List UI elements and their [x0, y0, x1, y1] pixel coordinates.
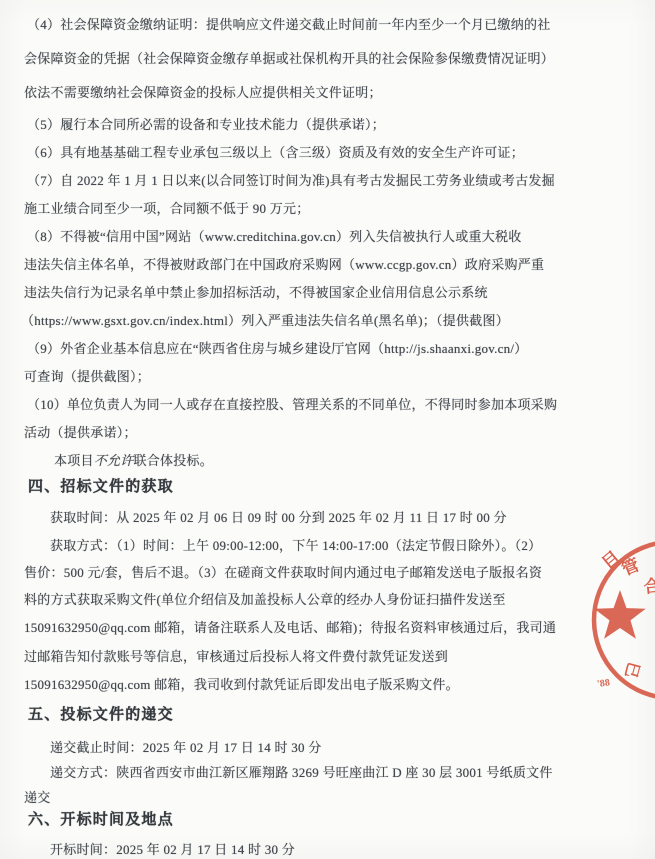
seal-arc-char-3-partial: 合: [643, 575, 655, 597]
seal-arc-char-2: 管: [619, 554, 642, 579]
doc-line-cont: 违法失信行为记录名单中禁止参加招标活动，不得被国家企业信用信息公示系统: [24, 284, 488, 301]
bid-opening-time-line: 开标时间：2025 年 02 月 17 日 14 时 30 分: [50, 841, 295, 858]
email-line-1: 15091632950@qq.com 邮箱，请备注联系人及电话、邮箱)；待报名资…: [24, 619, 556, 636]
star-icon: [594, 590, 645, 639]
clause-7-performance: （7）自 2022 年 1 月 1 日以来(以合同签订时间为准)具有考古发掘民工…: [27, 172, 555, 189]
seal-bottom-char-fragment: 巳: [621, 660, 643, 680]
doc-line-cont: 料的方式获取采购文件(单位介绍信及加盖投标人公章的经办人身份证扫描件发送至: [24, 591, 506, 608]
seal-circle: [594, 542, 655, 698]
section-4-heading: 四、招标文件的获取: [28, 479, 174, 496]
seal-arc-char-1: 目: [598, 547, 623, 572]
obtain-time-line: 获取时间：从 2025 年 02 月 06 日 09 时 00 分到 2025 …: [50, 509, 507, 526]
red-seal-stamp: 目 管 合 巳 '88: [560, 525, 655, 715]
email-line-2: 15091632950@qq.com 邮箱，我司收到付款凭证后即发出电子版采购文…: [24, 676, 459, 693]
doc-line-cont: 过邮箱告知付款账号等信息，审核通过后投标人将文件费付款凭证发送到: [24, 648, 448, 665]
obtain-method-line: 获取方式：（1）时间：上午 09:00-12:00，下午 14:00-17:00…: [50, 537, 541, 554]
doc-line-cont: 活动（提供承诺）；: [24, 424, 137, 441]
seal-serial-fragment: '88: [596, 677, 610, 690]
gsxt-url-line: （https://www.gsxt.gov.cn/index.html）列入严重…: [21, 312, 509, 329]
submission-method-line: 递交方式：陕西省西安市曲江新区雁翔路 3269 号旺座曲江 D 座 30 层 3…: [50, 764, 553, 781]
clause-4-social-security: （4）社会保障资金缴纳证明：提供响应文件递交截止时间前一年内至少一个月已缴纳的社: [27, 16, 551, 33]
not-allowed-italic: 不允许: [94, 453, 134, 468]
no-consortium-note: 本项目不允许联合体投标。: [54, 452, 213, 469]
section-6-heading: 六、开标时间及地点: [28, 812, 174, 829]
doc-line-cont: 违法失信主体名单，不得被财政部门在中国政府采购网（www.ccgp.gov.cn…: [24, 256, 544, 273]
clause-6-qualification: （6）具有地基基础工程专业承包三级以上（含三级）资质及有效的安全生产许可证；: [27, 144, 524, 161]
section-5-heading: 五、投标文件的递交: [28, 707, 174, 724]
price-line: 售价：500 元/套，售后不退。（3）在磋商文件获取时间内通过电子邮箱发送电子版…: [24, 564, 542, 581]
doc-line-cont: 会保障资金的凭据（社会保障资金缴存单据或社保机构开具的社会保险参保缴费情况证明）: [24, 50, 554, 67]
clause-8-credit-china: （8）不得被“信用中国”网站（www.creditchina.gov.cn）列入…: [27, 228, 522, 245]
submission-deadline-line: 递交截止时间：2025 年 02 月 17 日 14 时 30 分: [50, 739, 322, 756]
note-prefix: 本项目: [54, 453, 94, 468]
clause-5-equipment: （5）履行本合同所必需的设备和专业技术能力（提供承诺）；: [27, 116, 385, 133]
doc-line-cont: 依法不需要缴纳社会保障资金的投标人应提供相关文件证明；: [24, 84, 382, 101]
doc-line-cont: 递交: [24, 789, 51, 806]
clause-10-same-person: （10）单位负责人为同一人或存在直接控股、管理关系的不同单位，不得同时参加本项采…: [27, 396, 557, 413]
doc-line-cont: 可查询（提供截图）；: [24, 368, 150, 385]
note-suffix: 联合体投标。: [134, 453, 214, 468]
doc-line-cont: 施工业绩合同至少一项，合同额不低于 90 万元；: [24, 200, 310, 217]
clause-9-out-of-province: （9）外省企业基本信息应在“陕西省住房与城乡建设厅官网（http://js.sh…: [27, 340, 528, 357]
